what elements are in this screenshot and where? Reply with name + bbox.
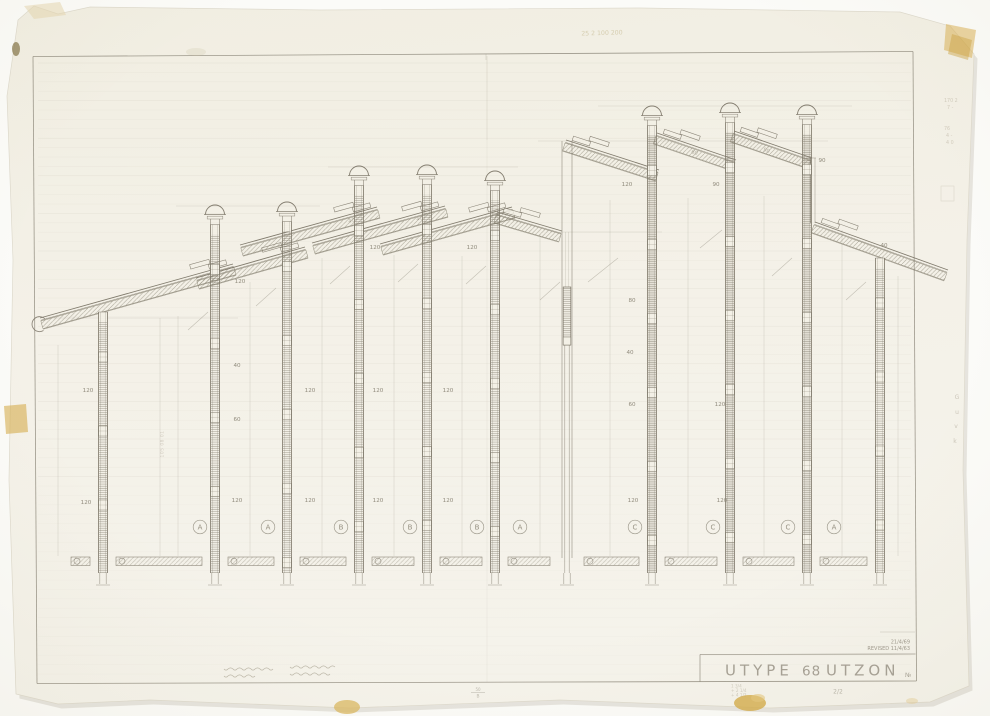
paper-stain [906,698,918,704]
revision-date-line: 21/4/69 [891,640,910,646]
tape-stain [4,404,28,434]
title-suffix-mark: № [905,672,911,679]
scale-note: 2/2 [833,689,843,696]
revision-note-line: REVISED 11/4/63 [867,646,910,652]
scanned-drawing-page: 1201204060120120120120120120120120120120… [0,0,990,716]
paper-stain [751,694,765,702]
title-text-68: 68 [802,664,821,680]
paper-stain [12,42,20,56]
paper-stain [334,700,360,714]
paper-vignette [0,0,990,716]
title-text-utzon: UTZON [826,662,899,680]
drawing-render-root: 1201204060120120120120120120120120120120… [0,0,990,716]
faint-top-note: 25 2 100 200 [581,29,623,37]
paper-stain [186,48,206,56]
drawing-sheet-svg: 1201204060120120120120120120120120120120… [0,0,990,716]
title-text-utype: UTYPE [725,662,793,680]
